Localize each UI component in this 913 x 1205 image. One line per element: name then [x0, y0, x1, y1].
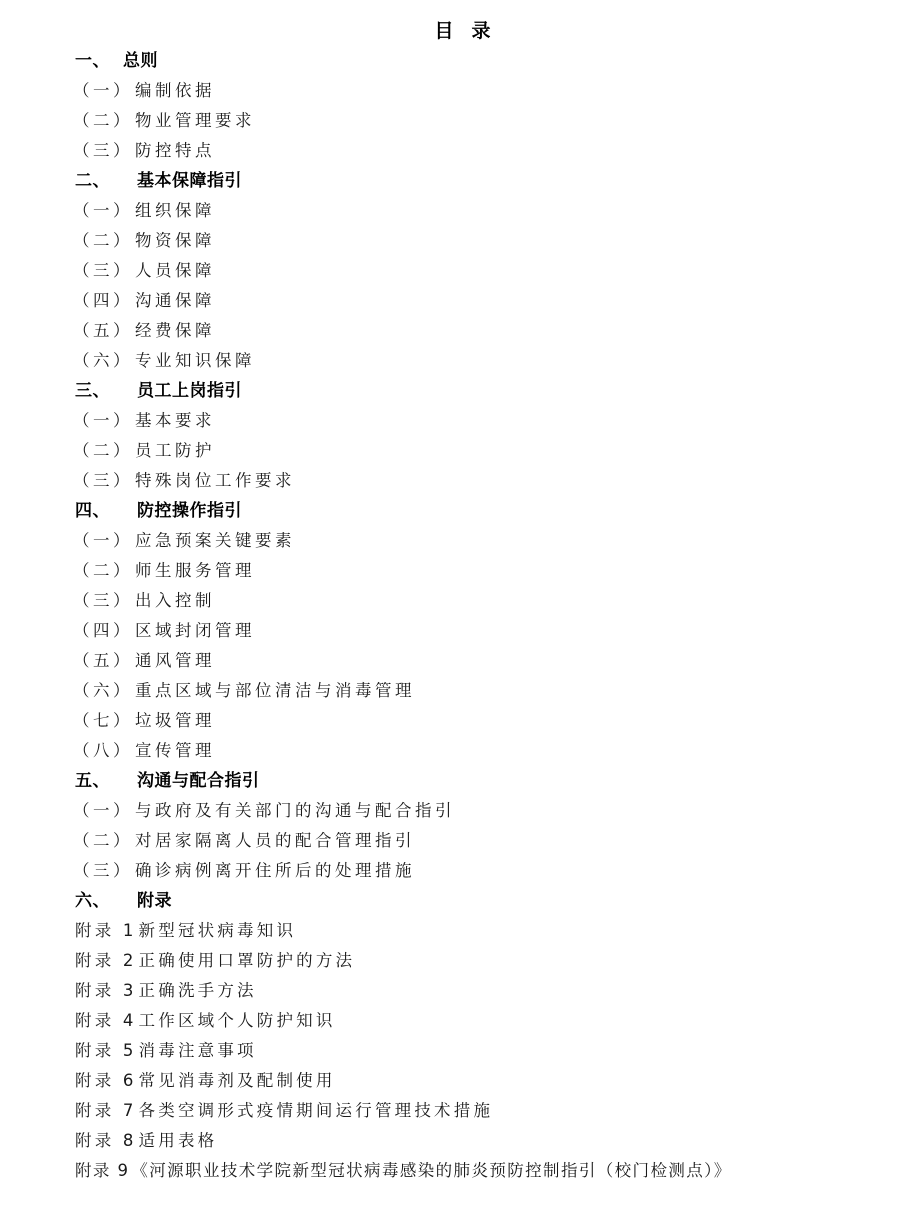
- toc-subsection[interactable]: （三） 确诊病例离开住所后的处理措施: [75, 856, 732, 886]
- toc-subsection[interactable]: （三） 特殊岗位工作要求: [75, 466, 732, 496]
- toc-subsection[interactable]: （五） 通风管理: [75, 646, 732, 676]
- toc-section-heading[interactable]: 四、 防控操作指引: [75, 496, 732, 526]
- toc-section-heading[interactable]: 二、 基本保障指引: [75, 166, 732, 196]
- subsection-number: （二）: [73, 436, 133, 466]
- subsection-number: （二）: [73, 226, 133, 256]
- appendix-title: 正确使用口罩防护的方法: [139, 946, 356, 976]
- toc-appendix-item[interactable]: 附录 6 常见消毒剂及配制使用: [75, 1066, 732, 1096]
- subsection-title: 确诊病例离开住所后的处理措施: [135, 856, 415, 886]
- section-title: 附录: [137, 886, 172, 916]
- appendix-number: 附录 6: [75, 1066, 137, 1096]
- toc-appendix-item[interactable]: 附录 8 适用表格: [75, 1126, 732, 1156]
- section-number: 三、: [75, 376, 137, 406]
- subsection-number: （八）: [73, 736, 133, 766]
- toc-appendix-item[interactable]: 附录 2 正确使用口罩防护的方法: [75, 946, 732, 976]
- subsection-title: 与政府及有关部门的沟通与配合指引: [135, 796, 455, 826]
- toc-subsection[interactable]: （七） 垃圾管理: [75, 706, 732, 736]
- subsection-title: 物资保障: [135, 226, 215, 256]
- table-of-contents: 一、 总则 （一） 编制依据 （二） 物业管理要求 （三） 防控特点 二、 基本…: [75, 46, 732, 1186]
- toc-subsection[interactable]: （八） 宣传管理: [75, 736, 732, 766]
- subsection-number: （三）: [73, 466, 133, 496]
- appendix-number: 附录 3: [75, 976, 137, 1006]
- subsection-title: 沟通保障: [135, 286, 215, 316]
- subsection-title: 人员保障: [135, 256, 215, 286]
- subsection-number: （七）: [73, 706, 133, 736]
- subsection-number: （四）: [73, 616, 133, 646]
- toc-subsection[interactable]: （二） 员工防护: [75, 436, 732, 466]
- subsection-title: 区域封闭管理: [135, 616, 255, 646]
- section-number: 四、: [75, 496, 137, 526]
- section-number: 五、: [75, 766, 137, 796]
- toc-subsection[interactable]: （三） 人员保障: [75, 256, 732, 286]
- section-title: 员工上岗指引: [137, 376, 242, 406]
- toc-section-heading[interactable]: 六、 附录: [75, 886, 732, 916]
- toc-subsection[interactable]: （六） 重点区域与部位清洁与消毒管理: [75, 676, 732, 706]
- subsection-number: （一）: [73, 526, 133, 556]
- appendix-number: 附录 9: [75, 1156, 129, 1186]
- subsection-title: 垃圾管理: [135, 706, 215, 736]
- toc-subsection[interactable]: （三） 防控特点: [75, 136, 732, 166]
- subsection-title: 经费保障: [135, 316, 215, 346]
- section-number: 一、: [75, 46, 123, 76]
- section-number: 六、: [75, 886, 137, 916]
- toc-title: 目录: [0, 18, 913, 44]
- appendix-number: 附录 4: [75, 1006, 137, 1036]
- subsection-number: （五）: [73, 316, 133, 346]
- toc-section-heading[interactable]: 五、 沟通与配合指引: [75, 766, 732, 796]
- subsection-title: 应急预案关键要素: [135, 526, 295, 556]
- appendix-number: 附录 2: [75, 946, 137, 976]
- subsection-number: （三）: [73, 256, 133, 286]
- subsection-title: 出入控制: [135, 586, 215, 616]
- subsection-number: （一）: [73, 406, 133, 436]
- subsection-title: 对居家隔离人员的配合管理指引: [135, 826, 415, 856]
- appendix-number: 附录 7: [75, 1096, 137, 1126]
- toc-subsection[interactable]: （四） 区域封闭管理: [75, 616, 732, 646]
- subsection-number: （五）: [73, 646, 133, 676]
- subsection-title: 编制依据: [135, 76, 215, 106]
- subsection-number: （六）: [73, 346, 133, 376]
- toc-subsection[interactable]: （一） 应急预案关键要素: [75, 526, 732, 556]
- toc-subsection[interactable]: （一） 组织保障: [75, 196, 732, 226]
- subsection-number: （六）: [73, 676, 133, 706]
- appendix-title: 适用表格: [139, 1126, 218, 1156]
- subsection-number: （二）: [73, 106, 133, 136]
- toc-section-heading[interactable]: 三、 员工上岗指引: [75, 376, 732, 406]
- subsection-number: （四）: [73, 286, 133, 316]
- appendix-title: 常见消毒剂及配制使用: [139, 1066, 336, 1096]
- subsection-title: 师生服务管理: [135, 556, 255, 586]
- toc-subsection[interactable]: （一） 编制依据: [75, 76, 732, 106]
- appendix-title: 《河源职业技术学院新型冠状病毒感染的肺炎预防控制指引（校门检测点）》: [131, 1156, 731, 1186]
- section-number: 二、: [75, 166, 137, 196]
- subsection-number: （一）: [73, 196, 133, 226]
- subsection-title: 重点区域与部位清洁与消毒管理: [135, 676, 415, 706]
- subsection-number: （二）: [73, 826, 133, 856]
- toc-subsection[interactable]: （一） 与政府及有关部门的沟通与配合指引: [75, 796, 732, 826]
- toc-section-heading[interactable]: 一、 总则: [75, 46, 732, 76]
- document-page: 目录 一、 总则 （一） 编制依据 （二） 物业管理要求 （三） 防控特点 二、…: [0, 0, 913, 1205]
- subsection-number: （三）: [73, 586, 133, 616]
- toc-appendix-item[interactable]: 附录 3 正确洗手方法: [75, 976, 732, 1006]
- toc-appendix-item[interactable]: 附录 9 《河源职业技术学院新型冠状病毒感染的肺炎预防控制指引（校门检测点）》: [75, 1156, 732, 1186]
- toc-appendix-item[interactable]: 附录 1 新型冠状病毒知识: [75, 916, 732, 946]
- section-title: 基本保障指引: [137, 166, 242, 196]
- appendix-number: 附录 8: [75, 1126, 137, 1156]
- subsection-title: 通风管理: [135, 646, 215, 676]
- section-title: 总则: [123, 46, 158, 76]
- subsection-number: （一）: [73, 796, 133, 826]
- toc-subsection[interactable]: （二） 师生服务管理: [75, 556, 732, 586]
- section-title: 沟通与配合指引: [137, 766, 260, 796]
- toc-subsection[interactable]: （二） 物资保障: [75, 226, 732, 256]
- toc-appendix-item[interactable]: 附录 5 消毒注意事项: [75, 1036, 732, 1066]
- subsection-title: 员工防护: [135, 436, 215, 466]
- toc-subsection[interactable]: （二） 物业管理要求: [75, 106, 732, 136]
- toc-appendix-item[interactable]: 附录 4 工作区域个人防护知识: [75, 1006, 732, 1036]
- subsection-title: 特殊岗位工作要求: [135, 466, 295, 496]
- section-title: 防控操作指引: [137, 496, 242, 526]
- appendix-title: 新型冠状病毒知识: [139, 916, 297, 946]
- appendix-number: 附录 1: [75, 916, 137, 946]
- subsection-number: （三）: [73, 856, 133, 886]
- subsection-title: 物业管理要求: [135, 106, 255, 136]
- subsection-title: 防控特点: [135, 136, 215, 166]
- toc-subsection[interactable]: （五） 经费保障: [75, 316, 732, 346]
- toc-subsection[interactable]: （四） 沟通保障: [75, 286, 732, 316]
- subsection-title: 组织保障: [135, 196, 215, 226]
- toc-subsection[interactable]: （三） 出入控制: [75, 586, 732, 616]
- toc-subsection[interactable]: （六） 专业知识保障: [75, 346, 732, 376]
- appendix-number: 附录 5: [75, 1036, 137, 1066]
- appendix-title: 工作区域个人防护知识: [139, 1006, 336, 1036]
- toc-appendix-item[interactable]: 附录 7 各类空调形式疫情期间运行管理技术措施: [75, 1096, 732, 1126]
- subsection-number: （二）: [73, 556, 133, 586]
- subsection-title: 专业知识保障: [135, 346, 255, 376]
- subsection-number: （一）: [73, 76, 133, 106]
- subsection-title: 宣传管理: [135, 736, 215, 766]
- appendix-title: 各类空调形式疫情期间运行管理技术措施: [139, 1096, 494, 1126]
- appendix-title: 正确洗手方法: [139, 976, 257, 1006]
- appendix-title: 消毒注意事项: [139, 1036, 257, 1066]
- subsection-number: （三）: [73, 136, 133, 166]
- subsection-title: 基本要求: [135, 406, 215, 436]
- toc-subsection[interactable]: （一） 基本要求: [75, 406, 732, 436]
- toc-subsection[interactable]: （二） 对居家隔离人员的配合管理指引: [75, 826, 732, 856]
